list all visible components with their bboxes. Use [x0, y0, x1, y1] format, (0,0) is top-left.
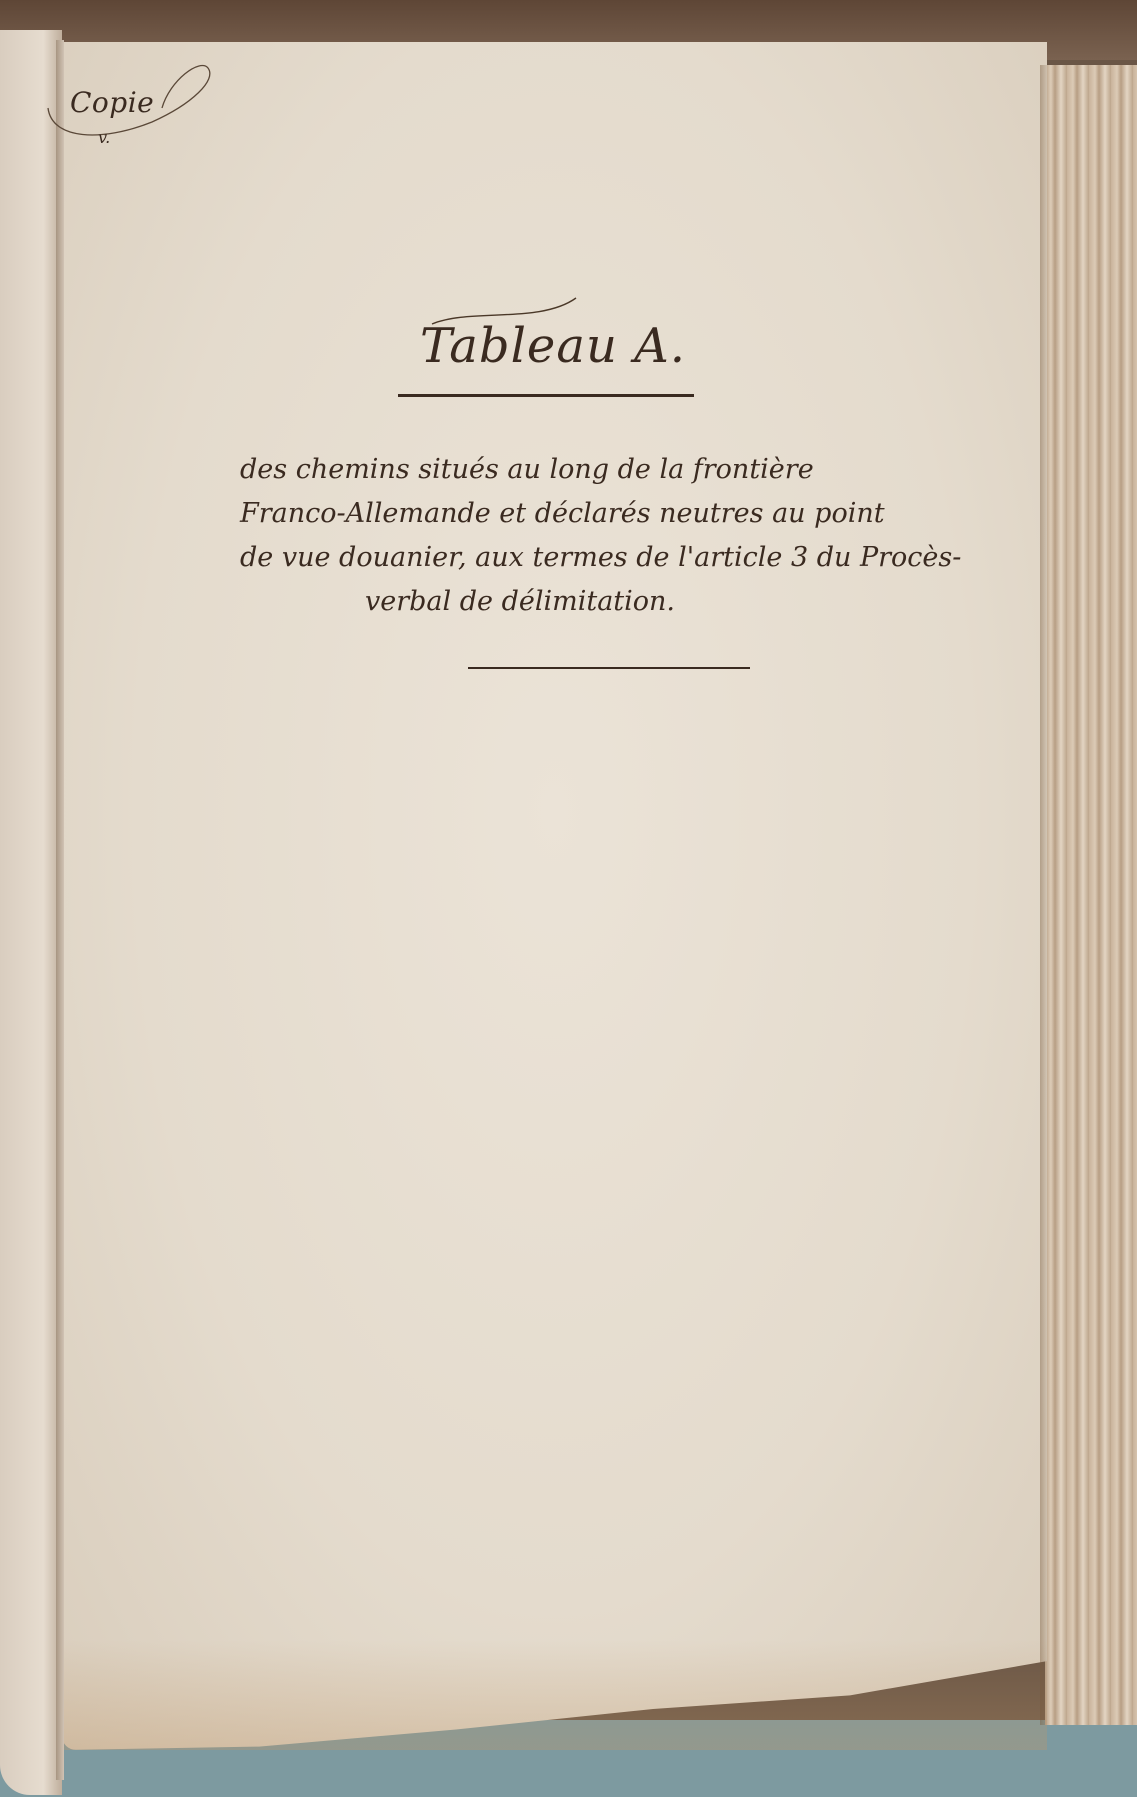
subtitle-line: de vue douanier, aux termes de l'article…	[240, 536, 1040, 580]
title-underline	[398, 394, 694, 397]
page-stack-shadow	[1040, 65, 1050, 1725]
subtitle-line: Franco-Allemande et déclarés neutres au …	[240, 492, 1040, 536]
margin-note-copie: Copie	[70, 86, 154, 119]
section-divider	[468, 667, 750, 669]
margin-mark: v.	[98, 128, 110, 147]
subtitle-line: verbal de délimitation.	[240, 580, 1040, 624]
left-page-edge	[0, 30, 62, 1795]
page-title: Tableau A.	[398, 318, 708, 374]
subtitle-paragraph: des chemins situés au long de la frontiè…	[240, 448, 1040, 624]
book-gutter	[56, 40, 64, 1780]
page-stack-edges	[1045, 65, 1137, 1725]
subtitle-line: des chemins situés au long de la frontiè…	[240, 448, 1040, 492]
